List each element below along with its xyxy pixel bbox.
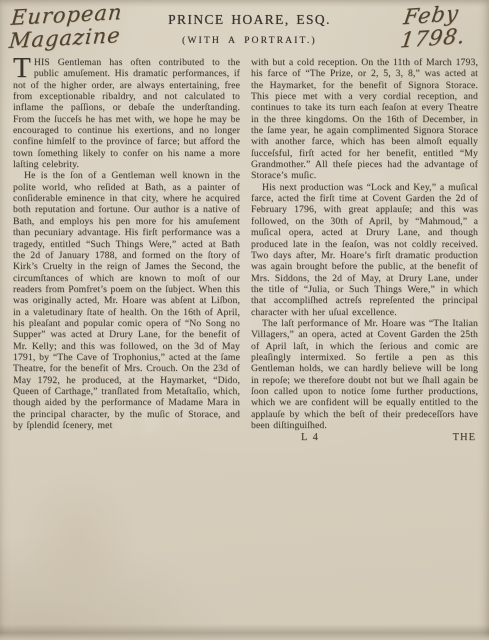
paragraph: THIS Gentleman has often contributed to … (13, 57, 240, 170)
paragraph: His next production was “Lock and Key,” … (251, 182, 478, 318)
left-column: THIS Gentleman has often contributed to … (13, 57, 240, 636)
paragraph-text: The laſt performance of Mr. Hoare was “T… (251, 318, 478, 431)
article-subtitle: (WITH A PORTRAIT.) (120, 36, 379, 46)
handwritten-annotation-date: Feby 1798. (399, 1, 471, 52)
handwritten-annotation-magazine-name: European Magazine (8, 1, 124, 53)
page-footer: L 4 THE (251, 432, 478, 443)
paragraph-text: His next production was “Lock and Key,” … (251, 182, 478, 318)
paragraph-text: HIS Gentleman has often contributed to t… (13, 57, 240, 170)
signature-mark: L 4 (301, 432, 319, 443)
handwriting-line: Magazine (8, 24, 122, 53)
paragraph-text: with but a cold reception. On the 11th o… (251, 57, 478, 181)
paragraph-text: He is the ſon of a Gentleman well known … (13, 170, 240, 431)
scanned-magazine-page: European Magazine PRINCE HOARE, ESQ. (WI… (0, 0, 489, 640)
handwriting-line: 1798. (399, 25, 467, 53)
paragraph: The laſt performance of Mr. Hoare was “T… (251, 318, 478, 431)
article-header: PRINCE HOARE, ESQ. (WITH A PORTRAIT.) (120, 12, 379, 46)
article-body: THIS Gentleman has often contributed to … (13, 57, 478, 636)
article-title: PRINCE HOARE, ESQ. (120, 12, 379, 28)
catchword: THE (453, 432, 476, 443)
paragraph: He is the ſon of a Gentleman well known … (13, 170, 240, 431)
right-column: with but a cold reception. On the 11th o… (251, 57, 478, 636)
drop-cap: T (13, 57, 34, 79)
paragraph: with but a cold reception. On the 11th o… (251, 57, 478, 182)
